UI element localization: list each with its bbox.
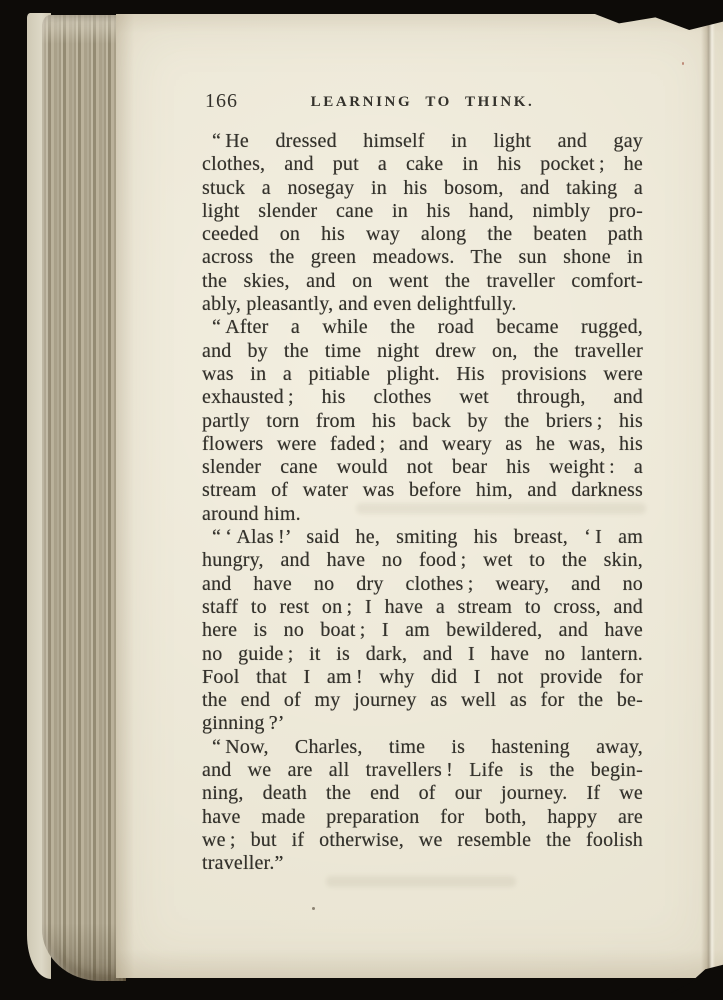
text-line: was in a pitiable plight. His provisions… [202,363,643,386]
paragraph: “ He dressed himself in light and gayclo… [202,130,643,316]
text-line: clothes, and put a cake in his pocket ; … [202,153,643,176]
paragraph: “ After a while the road became rugged,a… [202,316,643,526]
text-line: light slender cane in his hand, nimbly p… [202,200,643,223]
text-line: staff to rest on ; I have a stream to cr… [202,596,643,619]
text-line: Fool that I am ! why did I not provide f… [202,666,643,689]
text-block: 166 LEARNING TO THINK. “ He dressed hims… [202,90,643,876]
text-line: flowers were faded ; and weary as he was… [202,433,643,456]
running-title: LEARNING TO THINK. [202,90,643,111]
text-line: ning, death the end of our journey. If w… [202,782,643,805]
book-scan: 166 LEARNING TO THINK. “ He dressed hims… [0,0,723,1000]
text-line: the skies, and on went the traveller com… [202,270,643,293]
text-line: “ After a while the road became rugged, [202,316,643,339]
text-line: traveller.” [202,852,643,875]
text-line: have made preparation for both, happy ar… [202,806,643,829]
text-line: “ He dressed himself in light and gay [202,130,643,153]
text-line: and we are all travellers ! Life is the … [202,759,643,782]
text-line: ginning ?’ [202,712,643,735]
body-text: “ He dressed himself in light and gayclo… [202,130,643,876]
text-line: around him. [202,503,643,526]
text-line: ceeded on his way along the beaten path [202,223,643,246]
text-line: slender cane would not bear his weight :… [202,456,643,479]
gutter-crease [701,14,715,978]
text-line: and by the time night drew on, the trave… [202,340,643,363]
book-page: 166 LEARNING TO THINK. “ He dressed hims… [116,14,723,978]
text-line: hungry, and have no food ; wet to the sk… [202,549,643,572]
text-line: across the green meadows. The sun shone … [202,246,643,269]
text-line: here is no boat ; I am bewildered, and h… [202,619,643,642]
show-through-mark [326,876,516,887]
page-header: 166 LEARNING TO THINK. [202,90,643,114]
text-line: “ ‘ Alas !’ said he, smiting his breast,… [202,526,643,549]
page-number: 166 [205,90,238,113]
paragraph: “ ‘ Alas !’ said he, smiting his breast,… [202,526,643,736]
text-line: and have no dry clothes ; weary, and no [202,573,643,596]
paper-speck [312,907,315,910]
text-line: no guide ; it is dark, and I have no lan… [202,643,643,666]
text-line: ably, pleasantly, and even delightfully. [202,293,643,316]
text-line: we ; but if otherwise, we resemble the f… [202,829,643,852]
text-line: exhausted ; his clothes wet through, and [202,386,643,409]
text-line: “ Now, Charles, time is hastening away, [202,736,643,759]
text-line: partly torn from his back by the briers … [202,410,643,433]
text-line: stream of water was before him, and dark… [202,479,643,502]
text-line: the end of my journey as well as for the… [202,689,643,712]
text-line: stuck a nosegay in his bosom, and taking… [202,177,643,200]
paragraph: “ Now, Charles, time is hastening away,a… [202,736,643,876]
paper-speck [682,62,684,65]
stacked-page-edges [42,15,126,981]
